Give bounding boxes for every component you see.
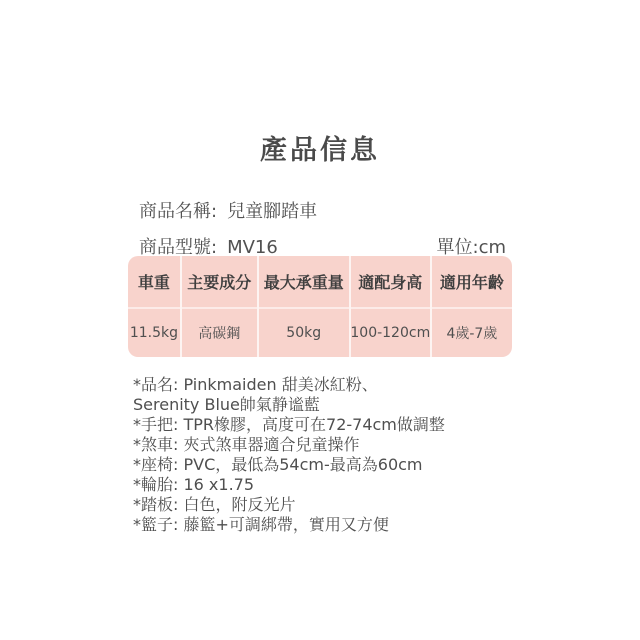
detail-line-product-names: *品名: Pinkmaiden 甜美冰紅粉、 [133, 375, 513, 395]
spec-column-material: 主要成分 高碳鋼 [180, 256, 257, 357]
spec-column-max-load: 最大承重量 50kg [257, 256, 349, 357]
product-info-page: 產品信息 商品名稱: 兒童腳踏車 商品型號: MV16 單位:cm 車重 11.… [0, 0, 640, 640]
detail-line-seat: *座椅: PVC，最低為54cm-最高為60cm [133, 455, 513, 475]
product-name-row: 商品名稱: 兒童腳踏車 [139, 197, 506, 223]
spec-value-material: 高碳鋼 [182, 307, 257, 358]
spec-header-material: 主要成分 [182, 256, 257, 307]
product-name-value: 兒童腳踏車 [227, 197, 317, 223]
spec-header-height-range: 適配身高 [351, 256, 430, 307]
detail-line-pedal: *踏板: 白色，附反光片 [133, 495, 513, 515]
detail-line-tire: *輪胎: 16 x1.75 [133, 475, 513, 495]
spec-value-age-range: 4歲-7歲 [432, 307, 512, 358]
detail-line-handlebar: *手把: TPR橡膠，高度可在72-74cm做調整 [133, 415, 513, 435]
detail-line-basket: *籃子: 藤籃+可調綁帶，實用又方便 [133, 515, 513, 535]
details-block: *品名: Pinkmaiden 甜美冰紅粉、 Serenity Blue帥氣静谧… [133, 375, 513, 535]
spec-value-max-load: 50kg [259, 307, 349, 358]
spec-header-max-load: 最大承重量 [259, 256, 349, 307]
spec-value-height-range: 100-120cm [351, 307, 430, 358]
product-name-label: 商品名稱: [139, 197, 217, 223]
spec-column-age-range: 適用年齡 4歲-7歲 [430, 256, 512, 357]
detail-line-brake: *煞車: 夾式煞車器適合兒童操作 [133, 435, 513, 455]
page-title: 產品信息 [0, 128, 640, 167]
spec-header-weight: 車重 [128, 256, 180, 307]
detail-line-product-names-cont: Serenity Blue帥氣静谧藍 [133, 395, 513, 415]
spec-value-weight: 11.5kg [128, 307, 180, 358]
spec-column-height-range: 適配身高 100-120cm [349, 256, 430, 357]
spec-header-age-range: 適用年齡 [432, 256, 512, 307]
product-model-value: MV16 [227, 237, 278, 258]
spec-column-weight: 車重 11.5kg [128, 256, 180, 357]
spec-table: 車重 11.5kg 主要成分 高碳鋼 最大承重量 50kg 適配身高 100-1… [128, 256, 512, 357]
